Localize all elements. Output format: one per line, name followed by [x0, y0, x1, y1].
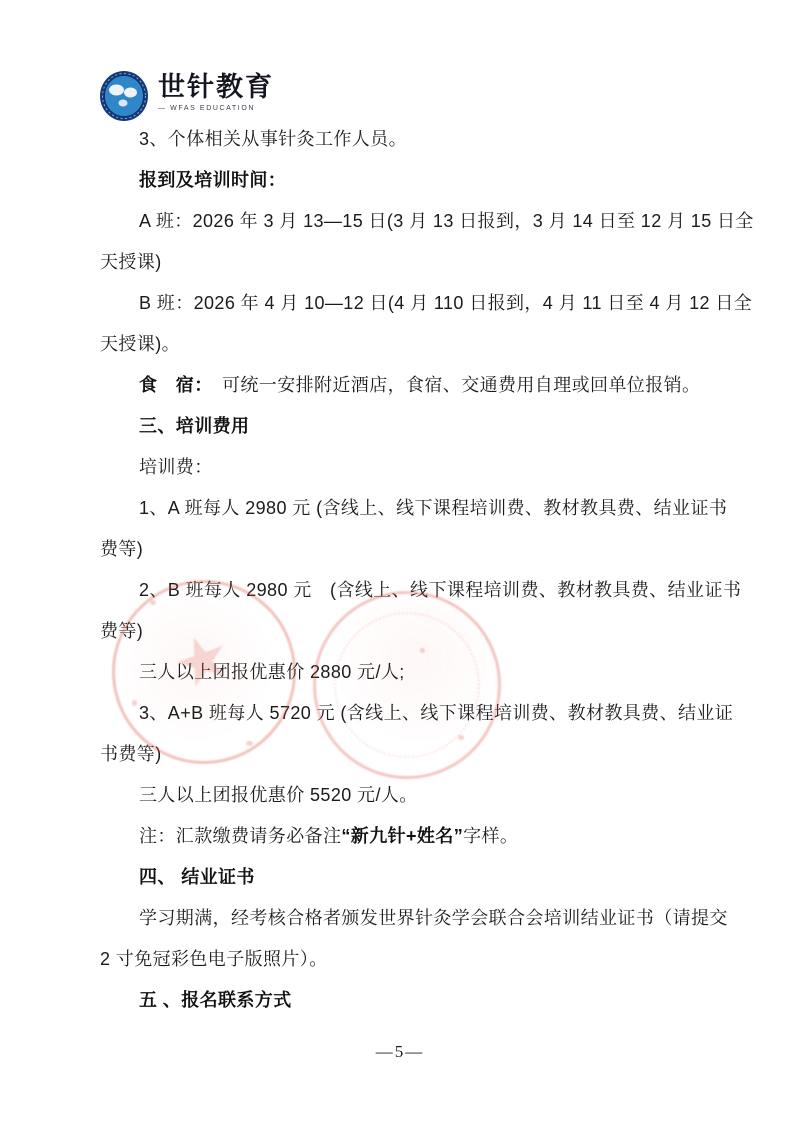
document-line: 1、A 班每人 2980 元 (含线上、线下课程培训费、教材教具费、结业证书	[100, 488, 740, 529]
text-run: 可统一安排附近酒店，食宿、交通费用自理或回单位报销。	[204, 375, 701, 395]
text-run: 天授课)。	[100, 334, 180, 354]
globe-icon	[99, 70, 149, 122]
document-line: 五 、报名联系方式	[100, 980, 740, 1021]
document-body: 3、个体相关从事针灸工作人员。报到及培训时间：A 班：2026 年 3 月 13…	[100, 119, 740, 1021]
text-run: 费等)	[100, 539, 143, 559]
document-line: 3、A+B 班每人 5720 元 (含线上、线下课程培训费、教材教具费、结业证	[100, 693, 740, 734]
logo-subtitle: — WFAS EDUCATION	[158, 105, 274, 112]
document-line: 注：汇款缴费请务必备注“新九针+姓名”字样。	[100, 816, 740, 857]
document-line: 四、 结业证书	[100, 857, 740, 898]
document-line: 三人以上团报优惠价 5520 元/人。	[100, 775, 740, 816]
text-run: 三人以上团报优惠价 2880 元/人;	[139, 662, 405, 682]
document-line: 3、个体相关从事针灸工作人员。	[100, 119, 740, 160]
text-run: 3、个体相关从事针灸工作人员。	[139, 129, 407, 149]
text-run: 1、A 班每人 2980 元 (含线上、线下课程培训费、教材教具费、结业证书	[139, 498, 727, 518]
text-run: 字样。	[463, 826, 518, 846]
text-run-bold: 三、培训费用	[139, 416, 249, 436]
text-run-bold: 食 宿：	[139, 375, 204, 395]
logo: 世针教育 — WFAS EDUCATION	[99, 70, 274, 122]
document-line: A 班：2026 年 3 月 13—15 日(3 月 13 日报到，3 月 14…	[100, 201, 740, 242]
text-run-bold: “新九针+姓名”	[341, 826, 463, 846]
document-line: 天授课)。	[100, 324, 740, 365]
document-line: 费等)	[100, 611, 740, 652]
text-run: 学习期满，经考核合格者颁发世界针灸学会联合会培训结业证书（请提交	[139, 908, 728, 928]
document-line: 天授课)	[100, 242, 740, 283]
text-run: 费等)	[100, 621, 143, 641]
text-run-bold: 报到及培训时间：	[139, 170, 286, 190]
document-line: 三、培训费用	[100, 406, 740, 447]
text-run: 培训费：	[139, 457, 213, 477]
text-run: B 班：2026 年 4 月 10—12 日(4 月 110 日报到，4 月 1…	[139, 293, 752, 313]
text-run: 书费等)	[100, 744, 162, 764]
text-run-bold: 四、 结业证书	[139, 867, 255, 887]
document-line: B 班：2026 年 4 月 10—12 日(4 月 110 日报到，4 月 1…	[100, 283, 740, 324]
document-line: 报到及培训时间：	[100, 160, 740, 201]
logo-text: 世针教育 — WFAS EDUCATION	[158, 70, 274, 112]
document-page: 世针教育 — WFAS EDUCATION 3、个体相关从事针灸工作人员。报到及…	[0, 0, 800, 1132]
text-run-bold: 五 、报名联系方式	[139, 990, 292, 1010]
page-number: —5—	[0, 1042, 800, 1062]
document-line: 2 寸免冠彩色电子版照片）。	[100, 939, 740, 980]
text-run: 天授课)	[100, 252, 162, 272]
document-line: 三人以上团报优惠价 2880 元/人;	[100, 652, 740, 693]
text-run: 三人以上团报优惠价 5520 元/人。	[139, 785, 418, 805]
logo-title: 世针教育	[158, 74, 274, 101]
document-line: 2、B 班每人 2980 元 (含线上、线下课程培训费、教材教具费、结业证书	[100, 570, 740, 611]
document-line: 书费等)	[100, 734, 740, 775]
document-line: 培训费：	[100, 447, 740, 488]
text-run: 2 寸免冠彩色电子版照片）。	[100, 949, 328, 969]
text-run: 3、A+B 班每人 5720 元 (含线上、线下课程培训费、教材教具费、结业证	[139, 703, 733, 723]
document-line: 费等)	[100, 529, 740, 570]
document-line: 学习期满，经考核合格者颁发世界针灸学会联合会培训结业证书（请提交	[100, 898, 740, 939]
text-run: 2、B 班每人 2980 元 (含线上、线下课程培训费、教材教具费、结业证书	[139, 580, 741, 600]
text-run: A 班：2026 年 3 月 13—15 日(3 月 13 日报到，3 月 14…	[139, 211, 754, 231]
text-run: 注：汇款缴费请务必备注	[139, 826, 341, 846]
document-line: 食 宿： 可统一安排附近酒店，食宿、交通费用自理或回单位报销。	[100, 365, 740, 406]
